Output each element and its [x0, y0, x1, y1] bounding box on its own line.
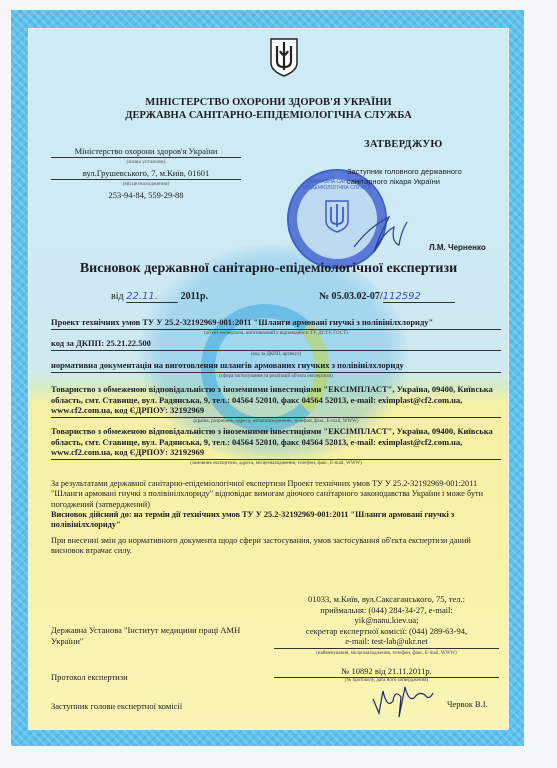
- lab-address-line: yik@nanu.kiev.ua;: [274, 615, 499, 626]
- scope-caption: (сфера застосування та реалізації об'єкт…: [51, 374, 501, 379]
- lab-address: 01033, м.Київ, вул.Саксаганського, 75, т…: [274, 594, 499, 659]
- developer-value: Товариство з обмеженою відповідальністю …: [51, 384, 501, 418]
- deputy-label: Заступник голови експертної комісії: [51, 701, 182, 712]
- issuer-name: Міністерство охорони здоров'я України: [51, 146, 241, 158]
- object-caption: (об'єкт експертизи, виготовлений у відпо…: [51, 331, 501, 336]
- ministry-header: МІНІСТЕРСТВО ОХОРОНИ ЗДОРОВ'Я УКРАЇНИ ДЕ…: [29, 96, 508, 122]
- field-customer: Товариство з обмеженою відповідальністю …: [51, 426, 501, 466]
- validity-text: Висновок дійсний до: на термін дії техні…: [51, 510, 501, 531]
- approver-signature: [349, 207, 409, 257]
- issuer-block: Міністерство охорони здоров'я України (н…: [51, 146, 241, 200]
- conclusion-text: За результатами державної санітарно-епід…: [51, 479, 501, 510]
- lab-address-line: приймальня: (044) 284-34-27, e-mail:: [274, 605, 499, 616]
- protocol-label: Протокол експертизи: [51, 672, 128, 683]
- issuer-name-caption: (назва установи): [51, 159, 241, 165]
- developer-caption: (країна, розробник, адреса, місцезнаходж…: [51, 419, 501, 424]
- document-number: № 05.03.02-07/112592: [319, 291, 455, 303]
- issuer-address: вул.Грушевського, 7, м.Київ, 01601: [51, 168, 241, 180]
- ukraine-trident-icon: [269, 37, 299, 77]
- changes-note: При внесенні змін до нормативного докуме…: [51, 536, 501, 557]
- code-value: код за ДКПП: 25.21.22.500: [51, 338, 501, 351]
- approver-name: Л.М. Черненко: [429, 243, 486, 252]
- customer-caption: (замовник експертизи, адреса, місцезнахо…: [51, 461, 501, 466]
- position-line-2: санітарного лікаря України: [347, 177, 507, 187]
- code-caption: (код за ДКПП, артикул): [51, 352, 501, 357]
- lab-name: Державна Установа "Інститут медицини пра…: [51, 625, 241, 646]
- certificate-border: МІНІСТЕРСТВО ОХОРОНИ ЗДОРОВ'Я УКРАЇНИ ДЕ…: [11, 10, 524, 746]
- certificate-page: МІНІСТЕРСТВО ОХОРОНИ ЗДОРОВ'Я УКРАЇНИ ДЕ…: [28, 28, 509, 730]
- object-value: Проект технічних умов ТУ У 25.2-32192969…: [51, 317, 501, 330]
- issuer-phones: 253-94-84, 559-29-88: [51, 190, 241, 200]
- date-prefix: від: [111, 291, 124, 302]
- scope-value: нормативна документація на виготовлення …: [51, 360, 501, 373]
- ministry-name: МІНІСТЕРСТВО ОХОРОНИ ЗДОРОВ'Я УКРАЇНИ: [29, 96, 508, 109]
- protocol-value: № 10892 від 21.11.2011р.: [274, 666, 499, 676]
- service-name: ДЕРЖАВНА САНІТАРНО-ЕПІДЕМІОЛОГІЧНА СЛУЖБ…: [29, 109, 508, 122]
- lab-address-caption: (найменування, місцезнаходження, телефон…: [274, 648, 499, 660]
- deputy-name: Червок В.І.: [447, 699, 488, 709]
- field-developer: Товариство з обмеженою відповідальністю …: [51, 384, 501, 424]
- issuer-address-caption: (місцезнаходження): [51, 181, 241, 187]
- deputy-signature: [369, 679, 439, 719]
- number-prefix: № 05.03.02-07/: [319, 291, 383, 302]
- field-object: Проект технічних умов ТУ У 25.2-32192969…: [51, 317, 501, 336]
- date-year: 2011р.: [181, 291, 209, 302]
- stamp-trident-icon: [324, 199, 350, 233]
- customer-value: Товариство з обмеженою відповідальністю …: [51, 426, 501, 460]
- field-scope: нормативна документація на виготовлення …: [51, 360, 501, 379]
- lab-address-line: секретар експертної комісії: (044) 289-6…: [274, 626, 499, 637]
- approve-label: ЗАТВЕРДЖУЮ: [364, 139, 443, 150]
- document-title: Висновок державної санітарно-епідеміолог…: [29, 261, 508, 277]
- lab-address-line: e-mail: test-lab@ukr.net: [274, 636, 499, 647]
- issue-date: від 22.11. 2011р.: [111, 291, 208, 303]
- position-line-1: Заступник головного державного: [347, 167, 507, 177]
- lab-address-line: 01033, м.Київ, вул.Саксаганського, 75, т…: [274, 594, 499, 605]
- approver-position: Заступник головного державного санітарно…: [347, 167, 507, 187]
- date-handwritten: 22.11.: [126, 291, 178, 303]
- number-handwritten: 112592: [383, 291, 455, 303]
- field-code: код за ДКПП: 25.21.22.500 (код за ДКПП, …: [51, 338, 501, 357]
